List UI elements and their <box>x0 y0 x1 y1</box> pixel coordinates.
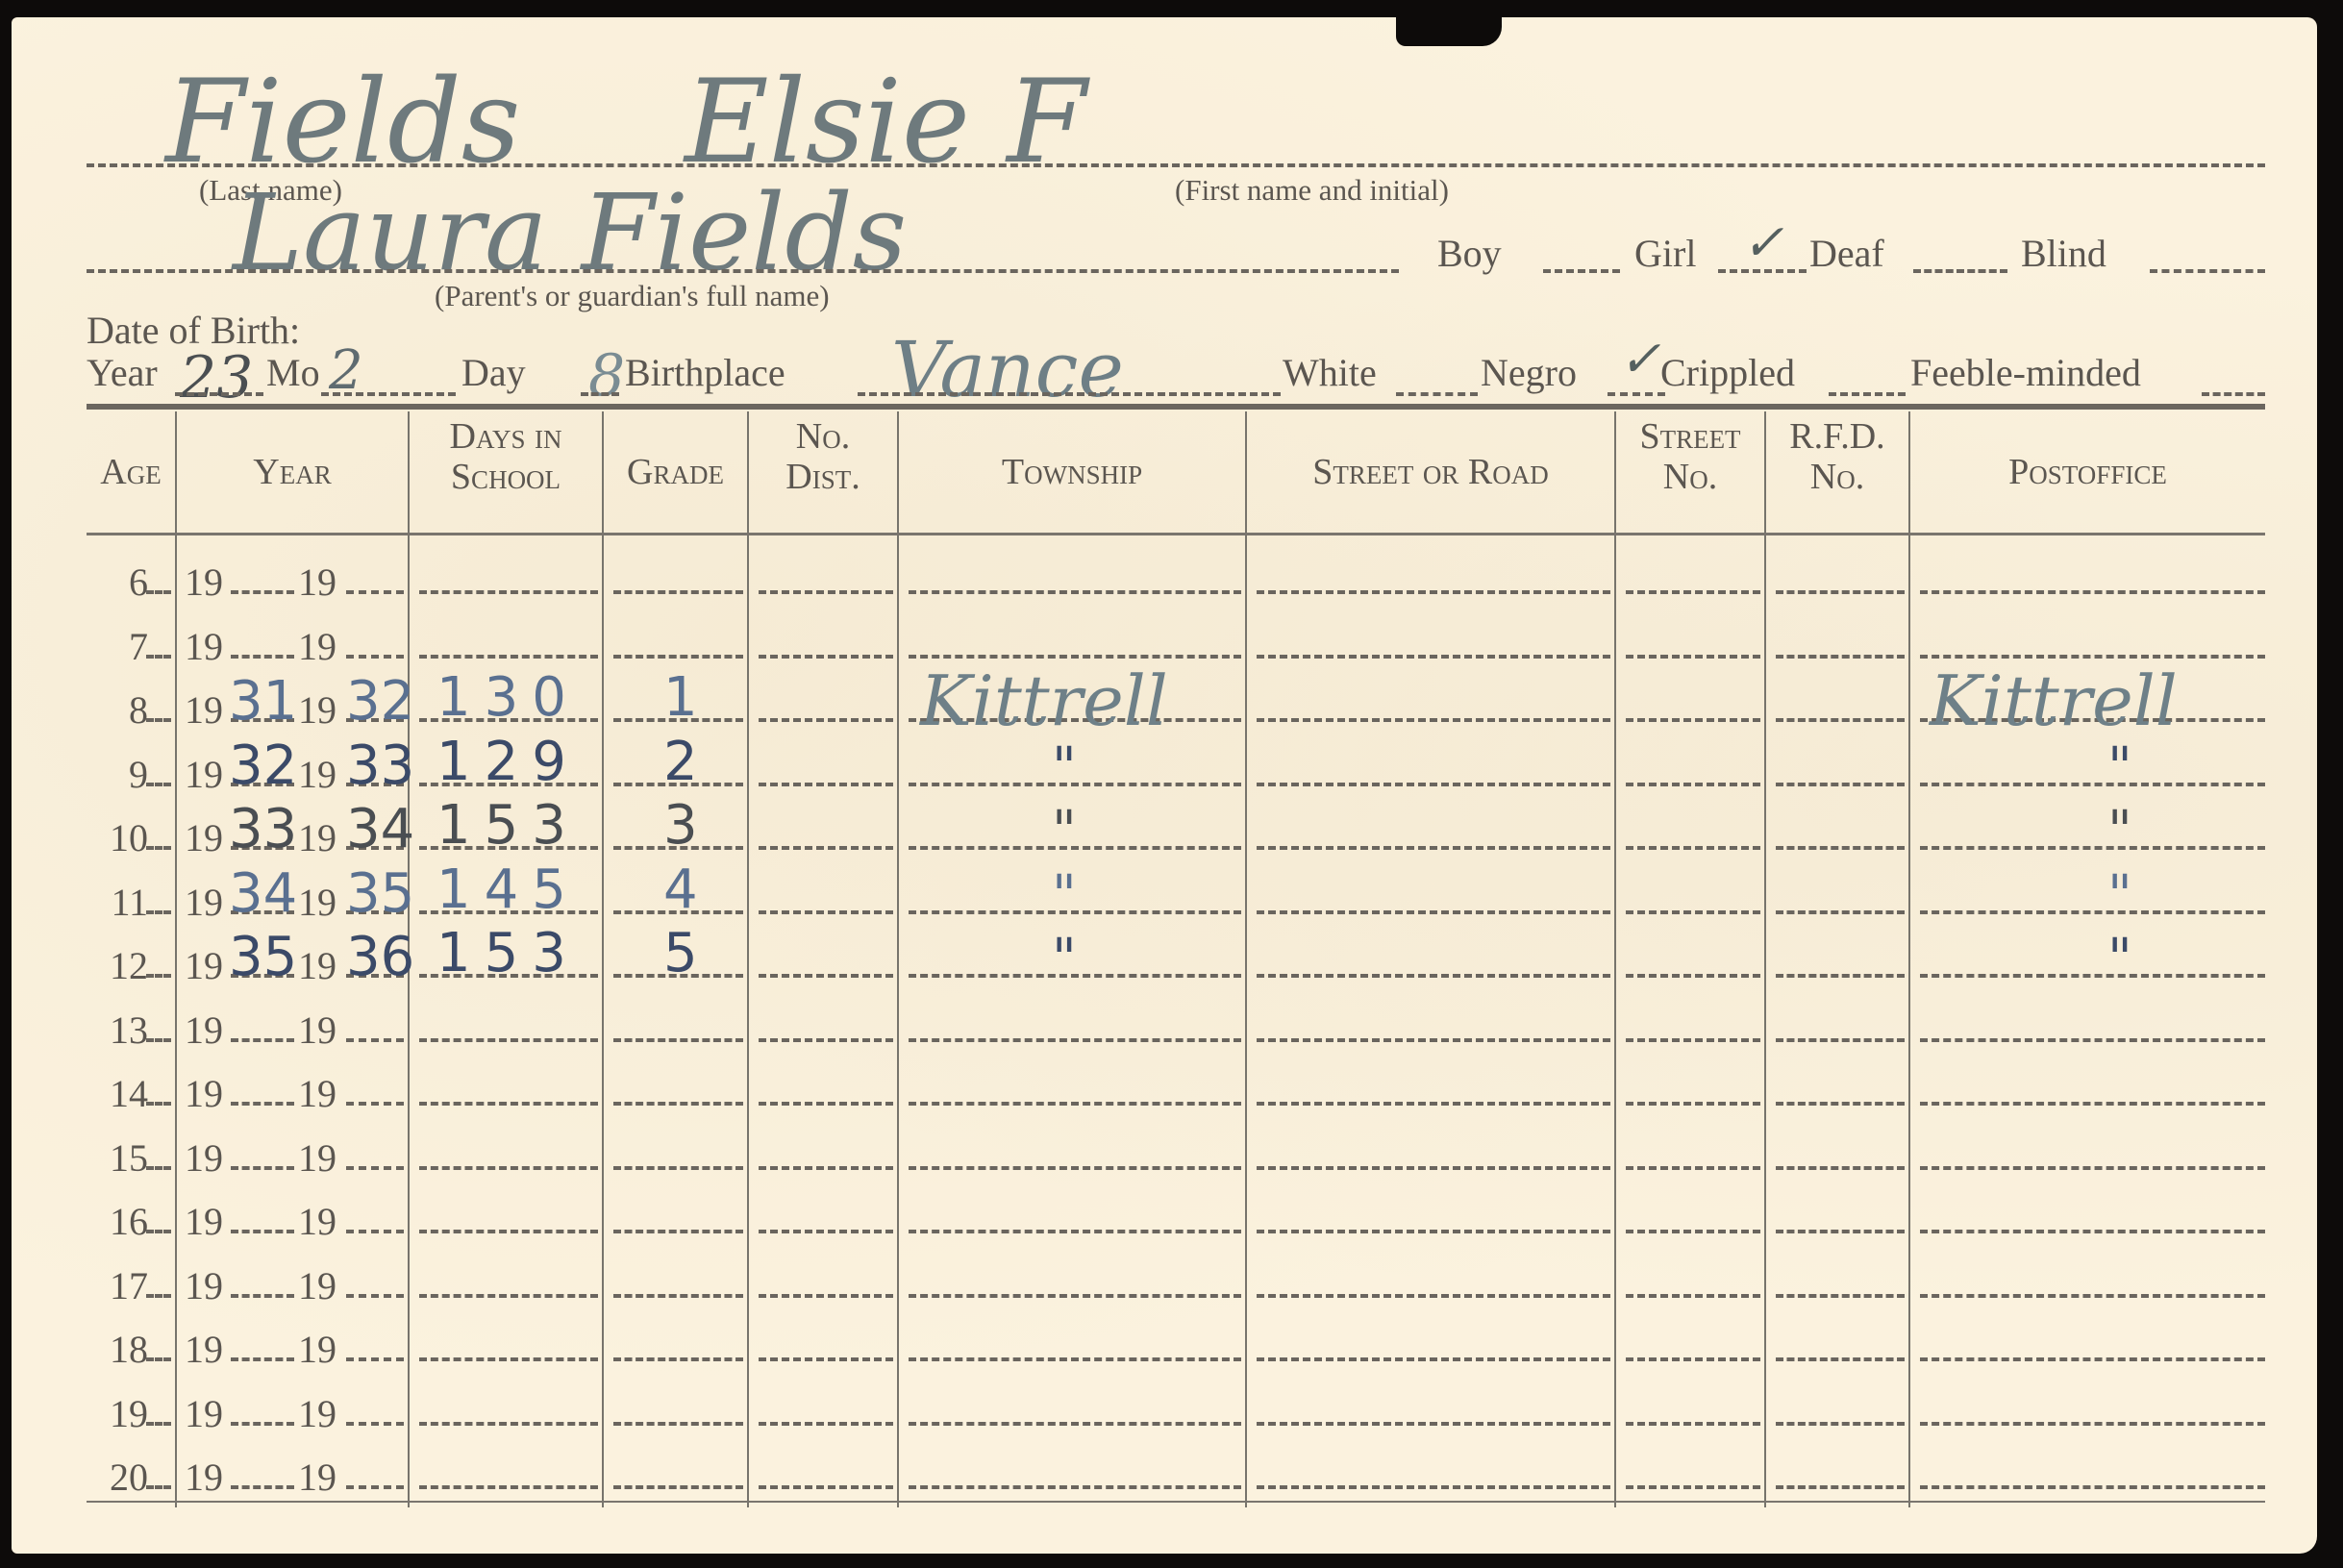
rfd-cell-blank <box>1776 1422 1905 1426</box>
header-street-or-road: Street or Road <box>1247 452 1614 492</box>
postoffice-cell-blank <box>1920 1166 2265 1170</box>
year-start-prefix: 19 <box>185 1455 223 1500</box>
year-start-blank <box>231 1357 294 1361</box>
birth-day-label: Day <box>461 350 526 395</box>
rfd-cell-blank <box>1776 910 1905 914</box>
blind-blank <box>2150 269 2265 273</box>
street-no-cell-blank <box>1626 655 1760 659</box>
year-start-blank <box>231 1166 294 1170</box>
days-cell-blank <box>419 1102 598 1106</box>
age-cell: 10 <box>87 815 148 860</box>
township-cell-blank <box>909 1038 1241 1042</box>
birthplace-value: Vance <box>891 325 1124 414</box>
table-bottom-rule <box>87 1501 2265 1503</box>
age-blank <box>146 718 171 722</box>
year-end-prefix: 19 <box>298 880 336 925</box>
year-start-blank <box>231 1102 294 1106</box>
street-cell-blank <box>1257 1294 1610 1298</box>
age-blank <box>146 974 171 978</box>
days-cell-blank <box>419 1485 598 1489</box>
street-cell-blank <box>1257 1422 1610 1426</box>
first-name-value: Elsie F <box>685 56 1086 189</box>
rfd-cell-blank <box>1776 1038 1905 1042</box>
days-cell-blank <box>419 1294 598 1298</box>
year-end-blank <box>346 590 404 594</box>
year-end-prefix: 19 <box>298 943 336 988</box>
postoffice-cell-blank <box>1920 1422 2265 1426</box>
age-cell: 13 <box>87 1008 148 1053</box>
year-start-prefix: 19 <box>185 1327 223 1372</box>
rfd-cell-blank <box>1776 1294 1905 1298</box>
birth-year-blank <box>175 392 263 396</box>
dist-cell-blank <box>759 1166 893 1170</box>
street-cell-blank <box>1257 655 1610 659</box>
birth-month-label: Mo <box>266 350 320 395</box>
col-divider <box>747 411 749 1507</box>
rfd-cell-blank <box>1776 1230 1905 1233</box>
age-blank <box>146 1294 171 1298</box>
header-bottom-rule <box>87 533 2265 535</box>
col-divider <box>175 411 177 1507</box>
year-end-prefix: 19 <box>298 1008 336 1053</box>
street-cell-blank <box>1257 718 1610 722</box>
year-start-blank <box>231 590 294 594</box>
street-cell-blank <box>1257 1357 1610 1361</box>
year-end-blank <box>346 1038 404 1042</box>
street-no-cell-blank <box>1626 1422 1760 1426</box>
negro-blank <box>1608 392 1665 396</box>
postoffice-value: " <box>2107 864 2132 927</box>
parent-name-label: (Parent's or guardian's full name) <box>435 279 830 313</box>
dist-cell-blank <box>759 590 893 594</box>
postoffice-cell-blank <box>1920 974 2265 978</box>
grade-cell-blank <box>613 1357 743 1361</box>
year-end-value: 33 <box>346 734 414 797</box>
dist-cell-blank <box>759 718 893 722</box>
township-cell-blank <box>909 590 1241 594</box>
age-cell: 20 <box>87 1455 148 1500</box>
grade-value: 4 <box>663 859 698 921</box>
crippled-label: Crippled <box>1660 350 1795 395</box>
year-start-prefix: 19 <box>185 1008 223 1053</box>
last-name-value: Fields <box>165 56 520 189</box>
age-blank <box>146 1422 171 1426</box>
postoffice-cell-blank <box>1920 1294 2265 1298</box>
header-postoffice: Postoffice <box>1910 452 2265 492</box>
street-no-cell-blank <box>1626 1166 1760 1170</box>
postoffice-value: " <box>2107 800 2132 862</box>
rfd-cell-blank <box>1776 846 1905 850</box>
postoffice-value: " <box>2107 736 2132 799</box>
postoffice-cell-blank <box>1920 846 2265 850</box>
year-start-prefix: 19 <box>185 560 223 605</box>
grade-cell-blank <box>613 1038 743 1042</box>
days-in-school-value: 145 <box>436 859 580 921</box>
postoffice-cell-blank <box>1920 655 2265 659</box>
days-cell-blank <box>419 590 598 594</box>
birthplace-label: Birthplace <box>625 350 785 395</box>
year-end-prefix: 19 <box>298 1263 336 1308</box>
postoffice-cell-blank <box>1920 1102 2265 1106</box>
postoffice-cell-blank <box>1920 1230 2265 1233</box>
rfd-cell-blank <box>1776 1102 1905 1106</box>
header-township: Township <box>899 452 1245 492</box>
age-blank <box>146 1230 171 1233</box>
days-in-school-value: 153 <box>436 922 580 984</box>
grade-cell-blank <box>613 1294 743 1298</box>
grade-value: 3 <box>663 794 698 857</box>
birth-year-value: 23 <box>180 344 253 411</box>
street-cell-blank <box>1257 910 1610 914</box>
birth-month-blank <box>321 392 456 396</box>
township-value: " <box>1052 928 1077 990</box>
township-cell-blank <box>909 1230 1241 1233</box>
year-end-blank <box>346 1102 404 1106</box>
township-value: " <box>1052 736 1077 799</box>
boy-label: Boy <box>1437 231 1502 276</box>
township-cell-blank <box>909 1357 1241 1361</box>
days-cell-blank <box>419 1166 598 1170</box>
township-value: Kittrell <box>920 660 1168 741</box>
street-cell-blank <box>1257 846 1610 850</box>
street-no-cell-blank <box>1626 846 1760 850</box>
header-days-in-school: Days in School <box>410 416 602 497</box>
blind-label: Blind <box>2021 231 2106 276</box>
age-blank <box>146 655 171 659</box>
age-cell: 19 <box>87 1391 148 1436</box>
age-blank <box>146 910 171 914</box>
boy-blank <box>1543 269 1620 273</box>
rfd-cell-blank <box>1776 974 1905 978</box>
header-year: Year <box>177 452 408 492</box>
year-end-value: 32 <box>346 670 414 733</box>
year-start-blank <box>231 1294 294 1298</box>
age-blank <box>146 1485 171 1489</box>
year-end-prefix: 19 <box>298 1455 336 1500</box>
birthplace-blank <box>858 392 1281 396</box>
days-cell-blank <box>419 1230 598 1233</box>
age-cell: 11 <box>87 880 148 925</box>
dist-cell-blank <box>759 783 893 786</box>
township-cell-blank <box>909 655 1241 659</box>
days-cell-blank <box>419 1357 598 1361</box>
age-cell: 6 <box>87 560 148 605</box>
rfd-cell-blank <box>1776 783 1905 786</box>
year-end-prefix: 19 <box>298 815 336 860</box>
street-cell-blank <box>1257 1485 1610 1489</box>
birth-day-value: 8 <box>588 342 625 410</box>
age-blank <box>146 783 171 786</box>
year-start-prefix: 19 <box>185 1135 223 1181</box>
year-end-prefix: 19 <box>298 1327 336 1372</box>
days-cell-blank <box>419 1422 598 1426</box>
street-no-cell-blank <box>1626 910 1760 914</box>
year-start-prefix: 19 <box>185 1199 223 1244</box>
year-start-prefix: 19 <box>185 943 223 988</box>
grade-value: 1 <box>663 666 698 729</box>
postoffice-cell-blank <box>1920 1485 2265 1489</box>
postoffice-cell-blank <box>1920 783 2265 786</box>
rfd-cell-blank <box>1776 590 1905 594</box>
year-start-blank <box>231 655 294 659</box>
grade-cell-blank <box>613 590 743 594</box>
year-end-value: 36 <box>346 926 414 988</box>
township-value: " <box>1052 800 1077 862</box>
rfd-cell-blank <box>1776 655 1905 659</box>
grade-cell-blank <box>613 1485 743 1489</box>
township-value: " <box>1052 864 1077 927</box>
year-start-blank <box>231 1038 294 1042</box>
birth-year-label: Year <box>87 350 158 395</box>
dist-cell-blank <box>759 1422 893 1426</box>
rfd-cell-blank <box>1776 1485 1905 1489</box>
year-start-prefix: 19 <box>185 752 223 797</box>
street-no-cell-blank <box>1626 1357 1760 1361</box>
street-cell-blank <box>1257 1166 1610 1170</box>
year-end-blank <box>346 1230 404 1233</box>
days-in-school-value: 130 <box>436 666 580 729</box>
postoffice-cell-blank <box>1920 590 2265 594</box>
rfd-cell-blank <box>1776 1357 1905 1361</box>
township-cell-blank <box>909 1102 1241 1106</box>
street-no-cell-blank <box>1626 783 1760 786</box>
street-no-cell-blank <box>1626 1294 1760 1298</box>
col-divider <box>1908 411 1910 1507</box>
age-blank <box>146 1357 171 1361</box>
grade-cell-blank <box>613 655 743 659</box>
age-cell: 18 <box>87 1327 148 1372</box>
year-start-value: 33 <box>229 798 297 860</box>
age-blank <box>146 1102 171 1106</box>
year-end-blank <box>346 655 404 659</box>
year-start-prefix: 19 <box>185 880 223 925</box>
col-divider <box>897 411 899 1507</box>
grade-cell-blank <box>613 1166 743 1170</box>
year-start-prefix: 19 <box>185 815 223 860</box>
rfd-cell-blank <box>1776 1166 1905 1170</box>
township-cell-blank <box>909 1166 1241 1170</box>
age-blank <box>146 1166 171 1170</box>
grade-cell-blank <box>613 1422 743 1426</box>
street-cell-blank <box>1257 590 1610 594</box>
age-blank <box>146 590 171 594</box>
crippled-blank <box>1829 392 1906 396</box>
year-start-prefix: 19 <box>185 687 223 733</box>
year-end-prefix: 19 <box>298 1071 336 1116</box>
white-label: White <box>1283 350 1377 395</box>
year-start-blank <box>231 1230 294 1233</box>
feeble-minded-blank <box>2202 392 2265 396</box>
street-cell-blank <box>1257 1230 1610 1233</box>
age-blank <box>146 846 171 850</box>
days-cell-blank <box>419 655 598 659</box>
year-start-value: 31 <box>229 670 297 733</box>
dist-cell-blank <box>759 1294 893 1298</box>
col-divider <box>1614 411 1616 1507</box>
township-cell-blank <box>909 1294 1241 1298</box>
street-cell-blank <box>1257 1038 1610 1042</box>
col-divider <box>602 411 604 1507</box>
col-divider <box>1764 411 1766 1507</box>
name-line <box>87 163 2265 167</box>
birth-day-blank <box>581 392 619 396</box>
school-census-card: Fields Elsie F (Last name) (First name a… <box>12 17 2317 1554</box>
dist-cell-blank <box>759 1102 893 1106</box>
age-blank <box>146 1038 171 1042</box>
card-torn-notch <box>1396 17 1502 46</box>
township-cell-blank <box>909 1485 1241 1489</box>
dist-cell-blank <box>759 1038 893 1042</box>
year-start-prefix: 19 <box>185 1071 223 1116</box>
age-cell: 17 <box>87 1263 148 1308</box>
age-cell: 9 <box>87 752 148 797</box>
age-cell: 8 <box>87 687 148 733</box>
grade-value: 5 <box>663 922 698 984</box>
year-start-blank <box>231 1422 294 1426</box>
days-in-school-value: 153 <box>436 794 580 857</box>
year-end-prefix: 19 <box>298 752 336 797</box>
street-no-cell-blank <box>1626 974 1760 978</box>
year-end-value: 34 <box>346 798 414 860</box>
parent-name-value: Laura Fields <box>233 171 907 294</box>
days-cell-blank <box>419 1038 598 1042</box>
year-end-prefix: 19 <box>298 624 336 669</box>
white-blank <box>1396 392 1478 396</box>
township-cell-blank <box>909 1422 1241 1426</box>
street-cell-blank <box>1257 1102 1610 1106</box>
year-start-value: 35 <box>229 926 297 988</box>
header-street-no: Street No. <box>1616 416 1764 497</box>
postoffice-cell-blank <box>1920 1038 2265 1042</box>
dist-cell-blank <box>759 910 893 914</box>
year-end-blank <box>346 1485 404 1489</box>
year-end-blank <box>346 1422 404 1426</box>
postoffice-value: Kittrell <box>1930 660 2178 741</box>
dist-cell-blank <box>759 655 893 659</box>
dist-cell-blank <box>759 846 893 850</box>
age-cell: 7 <box>87 624 148 669</box>
parent-line <box>87 269 1399 273</box>
age-cell: 14 <box>87 1071 148 1116</box>
year-start-prefix: 19 <box>185 624 223 669</box>
year-end-prefix: 19 <box>298 1199 336 1244</box>
girl-label: Girl <box>1634 231 1696 276</box>
year-end-blank <box>346 1357 404 1361</box>
dist-cell-blank <box>759 1357 893 1361</box>
dist-cell-blank <box>759 974 893 978</box>
year-end-prefix: 19 <box>298 687 336 733</box>
grade-value: 2 <box>663 731 698 793</box>
street-no-cell-blank <box>1626 1485 1760 1489</box>
feeble-minded-label: Feeble-minded <box>1910 350 2141 395</box>
deaf-blank <box>1913 269 2007 273</box>
year-end-value: 35 <box>346 862 414 925</box>
header-rfd-no: R.F.D. No. <box>1766 416 1908 497</box>
street-no-cell-blank <box>1626 590 1760 594</box>
year-end-blank <box>346 1294 404 1298</box>
grade-cell-blank <box>613 1230 743 1233</box>
year-start-value: 34 <box>229 862 297 925</box>
postoffice-cell-blank <box>1920 910 2265 914</box>
street-cell-blank <box>1257 974 1610 978</box>
year-end-prefix: 19 <box>298 1135 336 1181</box>
age-cell: 16 <box>87 1199 148 1244</box>
deaf-label: Deaf <box>1809 231 1884 276</box>
header-age: Age <box>87 452 175 492</box>
year-end-prefix: 19 <box>298 560 336 605</box>
street-no-cell-blank <box>1626 718 1760 722</box>
year-end-blank <box>346 1166 404 1170</box>
header-no-dist: No. Dist. <box>749 416 897 497</box>
year-end-prefix: 19 <box>298 1391 336 1436</box>
age-cell: 12 <box>87 943 148 988</box>
header-grade: Grade <box>604 452 747 492</box>
street-cell-blank <box>1257 783 1610 786</box>
negro-check-mark: ✓ <box>1619 331 1661 388</box>
street-no-cell-blank <box>1626 1230 1760 1233</box>
postoffice-value: " <box>2107 928 2132 990</box>
rfd-cell-blank <box>1776 718 1905 722</box>
year-start-value: 32 <box>229 734 297 797</box>
year-start-blank <box>231 1485 294 1489</box>
negro-label: Negro <box>1481 350 1577 395</box>
days-in-school-value: 129 <box>436 731 580 793</box>
year-start-prefix: 19 <box>185 1263 223 1308</box>
street-no-cell-blank <box>1626 1038 1760 1042</box>
postoffice-cell-blank <box>1920 1357 2265 1361</box>
year-start-prefix: 19 <box>185 1391 223 1436</box>
dist-cell-blank <box>759 1230 893 1233</box>
street-no-cell-blank <box>1626 1102 1760 1106</box>
grade-cell-blank <box>613 1102 743 1106</box>
first-name-label: (First name and initial) <box>1175 173 1449 208</box>
dist-cell-blank <box>759 1485 893 1489</box>
girl-check-mark: ✓ <box>1742 214 1784 272</box>
table-top-rule <box>87 404 2265 410</box>
age-cell: 15 <box>87 1135 148 1181</box>
col-divider <box>1245 411 1247 1507</box>
